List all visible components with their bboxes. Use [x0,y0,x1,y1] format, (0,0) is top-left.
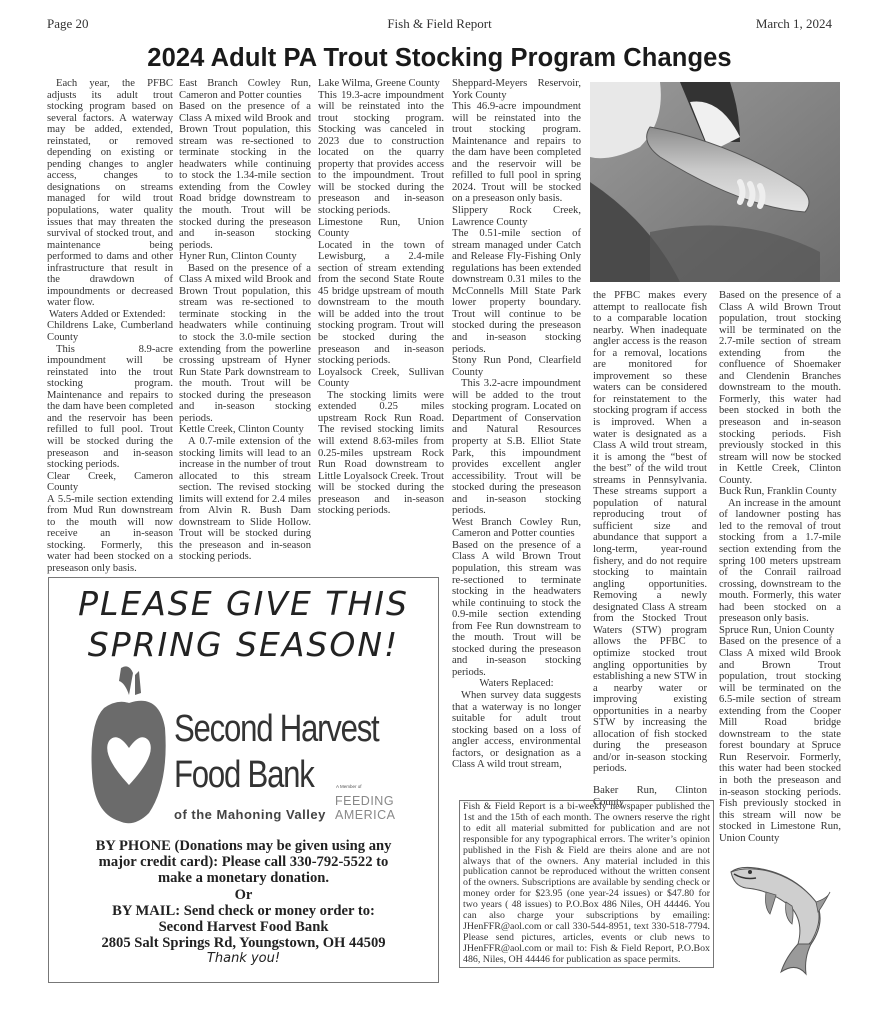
entry-text: This 3.2-acre impoundment will be added … [452,378,581,517]
food-bank-ad: PLEASE GIVE THIS SPRING SEASON! Second H… [48,577,439,983]
article-column-4: Sheppard-Meyers Reservoir, York County T… [452,78,581,782]
entry-name: Kettle Creek, Clinton County [179,424,311,436]
mail-line1: BY MAIL: Send check or money order to: [49,903,438,919]
entry-text: Based on the presence of a Class A mixed… [179,263,311,425]
replaced-intro: When survey data suggests that a waterwa… [452,690,581,782]
section-heading-replaced: Waters Replaced: [452,678,581,690]
entry-name: Spruce Run, Union County [719,625,841,637]
phone-line3: make a monetary donation. [49,870,438,886]
leaping-trout-icon [726,862,836,982]
entry-name: East Branch Cowley Run, Cameron and Pott… [179,78,311,101]
entry-name: Loyalsock Creek, Sullivan County [318,367,444,390]
mail-line2: Second Harvest Food Bank [49,919,438,935]
feeding-america-logo-line2: AMERICA [335,808,395,822]
entry-text: This 8.9-acre impoundment will be reinst… [47,344,173,471]
article-intro: Each year, the PFBC adjusts its adult tr… [47,78,173,309]
trout-photo-image [590,82,840,282]
entry-name: Childrens Lake, Cumberland County [47,320,173,343]
entry-name: Buck Run, Franklin County [719,486,841,498]
article-column-1: Each year, the PFBC adjusts its adult tr… [47,78,173,575]
member-of-label: A Member of [336,784,362,789]
food-bank-logo-line1: Second Harvest [174,708,378,751]
entry-name: Hyner Run, Clinton County [179,251,311,263]
food-bank-logo-line3: of the Mahoning Valley [174,807,326,822]
article-column-5: the PFBC makes every attempt to realloca… [593,290,707,808]
phone-line2: major credit card): Please call 330-792-… [49,854,438,870]
entry-name: Stony Run Pond, Clearfield County [452,355,581,378]
entry-name: Slippery Rock Creek, Lawrence County [452,205,581,228]
article-column-6: Based on the presence of a Class A wild … [719,290,841,844]
or-label: Or [49,887,438,903]
replaced-intro-tail: the PFBC makes every attempt to realloca… [593,290,707,774]
section-heading-added: Waters Added or Extended: [47,309,173,321]
entry-text: Based on the presence of a Class A mixed… [179,101,311,251]
ad-headline-line1: PLEASE GIVE THIS [49,584,438,623]
publication-name: Fish & Field Report [0,16,879,32]
entry-text: Located in the town of Lewisburg, a 2.4-… [318,240,444,367]
apple-heart-icon [89,663,169,833]
issue-date: March 1, 2024 [756,16,832,32]
entry-text: A 5.5-mile section extending from Mud Ru… [47,494,173,575]
trout-photo [590,82,840,282]
entry-text: The stocking limits were extended 0.25 m… [318,390,444,517]
thank-you-note: Thank you! [49,951,438,967]
entry-text: This 19.3-acre impoundment will be reins… [318,90,444,217]
entry-text: Based on the presence of a Class A wild … [452,540,581,679]
replaced-intro-continued: the PFBC makes every attempt to realloca… [593,290,707,785]
mail-line3: 2805 Salt Springs Rd, Youngstown, OH 445… [49,935,438,951]
entry-text: Based on the presence of a Class A mixed… [719,636,841,844]
entry-name: Clear Creek, Cameron County [47,471,173,494]
entry-name: West Branch Cowley Run, Cameron and Pott… [452,517,581,540]
entry-text: An increase in the amount of landowner p… [719,498,841,625]
article-column-3: Lake Wilma, Greene County This 19.3-acre… [318,78,444,517]
phone-line1: BY PHONE (Donations may be given using a… [49,838,438,854]
entry-name: Sheppard-Meyers Reservoir, York County [452,78,581,101]
entry-name: Limestone Run, Union County [318,217,444,240]
ad-donation-info: BY PHONE (Donations may be given using a… [49,838,438,968]
article-column-2: East Branch Cowley Run, Cameron and Pott… [179,78,311,563]
article-headline: 2024 Adult PA Trout Stocking Program Cha… [0,44,879,73]
food-bank-logo-line2: Food Bank [174,754,314,797]
feeding-america-logo-line1: FEEDING [335,794,394,808]
entry-text: Based on the presence of a Class A wild … [719,290,841,486]
publisher-notice-box: Fish & Field Report is a bi-weekly newsp… [459,800,714,968]
ad-headline-line2: SPRING SEASON! [49,625,438,664]
entry-text: A 0.7-mile extension of the stocking lim… [179,436,311,563]
entry-text: This 46.9-acre impoundment will be reins… [452,101,581,205]
entry-text: The 0.51-mile section of stream managed … [452,228,581,355]
entry-name: Lake Wilma, Greene County [318,78,444,90]
